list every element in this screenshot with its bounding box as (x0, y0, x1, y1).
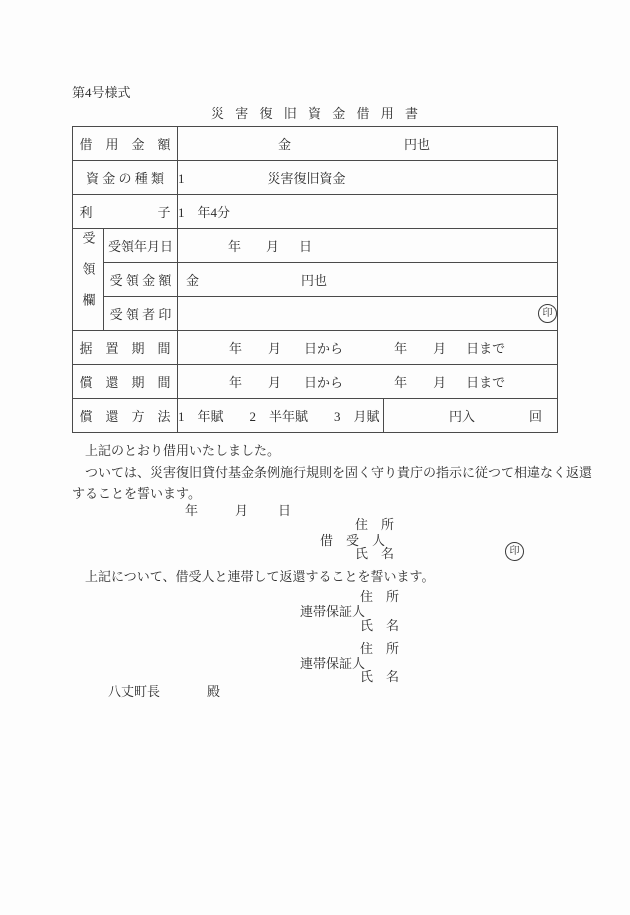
loan-amount-label: 借 用 金 額 (73, 127, 178, 161)
addressee-label: 八丈町長 (108, 684, 160, 699)
repayment-method-label: 償 還 方 法 (73, 399, 178, 433)
guarantor1-name-label: 氏 名 (360, 615, 399, 634)
borrower-seal-icon: 印 (505, 542, 524, 561)
repayment-period-value: 年月日から年月日まで (178, 365, 558, 399)
date-month-label: 月 (235, 503, 248, 518)
receipt-seal-label: 受 領 者 印 (104, 297, 178, 331)
receipt-currency-suffix: 円也 (301, 273, 327, 288)
receipt-day: 日 (299, 239, 312, 254)
yen-in-label: 円入 (449, 409, 475, 424)
honorific-label: 殿 (207, 684, 220, 699)
repayment-method-amount: 円入回 (384, 399, 558, 433)
receipt-seal-icon: 印 (538, 304, 557, 323)
receipt-seal-area: 印 (178, 297, 558, 331)
row-receipt-seal: 受 領 者 印 印 (73, 297, 558, 331)
receipt-year: 年 (228, 239, 241, 254)
borrow-statement: 上記のとおり借用いたしました。 (72, 440, 562, 459)
repayment-method-options: 1 年賦 2 半年賦 3 月賦 (178, 399, 384, 433)
guarantor2-address-label: 住 所 (360, 638, 399, 657)
times-label: 回 (529, 409, 542, 424)
loan-form-page: 第4号様式 災 害 復 旧 資 金 借 用 書 借 用 金 額 金円也 資 金 … (0, 0, 630, 915)
interest-label: 利 子 (73, 195, 178, 229)
receipt-amount-label: 受 領 金 額 (104, 263, 178, 297)
grace-period-label: 据 置 期 間 (73, 331, 178, 365)
borrower-name-label: 氏 名 (355, 543, 394, 562)
repayment-period-label: 償 還 期 間 (73, 365, 178, 399)
fund-type-number: 1 (178, 171, 185, 186)
date-day-label: 日 (278, 503, 291, 518)
receipt-date-label: 受領年月日 (104, 229, 178, 263)
row-fund-type: 資 金 の 種 類 1災害復旧資金 (73, 161, 558, 195)
receipt-currency-prefix: 金 (186, 273, 199, 288)
loan-details-table: 借 用 金 額 金円也 資 金 の 種 類 1災害復旧資金 利 子 1 年4分 (72, 126, 558, 433)
document-title: 災 害 復 旧 資 金 借 用 書 (0, 103, 630, 122)
date-year-label: 年 (185, 503, 198, 518)
signature-date-line: 年月日 (72, 500, 291, 519)
row-interest: 利 子 1 年4分 (73, 195, 558, 229)
receipt-amount-value: 金円也 (178, 263, 558, 297)
interest-value: 1 年4分 (178, 195, 558, 229)
fund-type-label: 資 金 の 種 類 (73, 161, 178, 195)
receipt-month: 月 (266, 239, 279, 254)
receipt-date-value: 年月日 (178, 229, 558, 263)
row-receipt-amount: 受 領 金 額 金円也 (73, 263, 558, 297)
currency-suffix: 円也 (404, 137, 430, 152)
fund-type-value: 1災害復旧資金 (178, 161, 558, 195)
joint-statement: 上記について、借受人と連帯して返還することを誓います。 (72, 566, 434, 585)
row-repayment-period: 償 還 期 間 年月日から年月日まで (73, 365, 558, 399)
closing-line: 八丈町長殿 (108, 681, 220, 700)
row-repayment-method: 償 還 方 法 1 年賦 2 半年賦 3 月賦 円入回 (73, 399, 558, 433)
currency-prefix: 金 (278, 137, 291, 152)
guarantor2-role-label: 連帯保証人 (300, 653, 365, 672)
receipt-group-label: 受領欄 (73, 229, 104, 331)
grace-period-value: 年月日から年月日まで (178, 331, 558, 365)
row-receipt-date: 受領欄 受領年月日 年月日 (73, 229, 558, 263)
guarantor1-address-label: 住 所 (360, 586, 399, 605)
row-loan-amount: 借 用 金 額 金円也 (73, 127, 558, 161)
pledge-line-1: ついては、災害復旧貸付基金条例施行規則を固く守り貴庁の指示に従つて相違なく返還 (72, 462, 562, 481)
row-grace-period: 据 置 期 間 年月日から年月日まで (73, 331, 558, 365)
guarantor1-role-label: 連帯保証人 (300, 601, 365, 620)
loan-amount-value: 金円也 (178, 127, 558, 161)
guarantor2-name-label: 氏 名 (360, 666, 399, 685)
form-number: 第4号様式 (72, 82, 131, 101)
fund-type-name: 災害復旧資金 (268, 171, 346, 186)
